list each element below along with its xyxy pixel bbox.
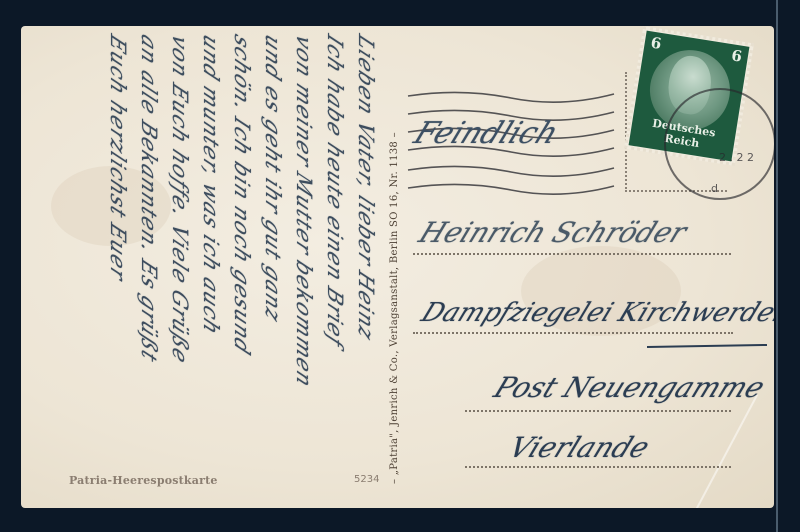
stamp-denomination: 6 (730, 46, 743, 65)
address-line (465, 410, 731, 412)
message-line: Ich habe heute einen Brief (319, 29, 350, 493)
message-line: und es geht ihr gut ganz (257, 29, 288, 493)
sleeve-edge (776, 0, 778, 532)
recipient-post-office: Post Neuengamme (489, 371, 769, 404)
address-line (413, 332, 733, 334)
message-line: Euch herzlichst Euer (102, 29, 133, 493)
message-line: schön. Ich bin noch gesund (226, 29, 257, 493)
stamp-denomination: 6 (650, 33, 663, 52)
recipient-name: Heinrich Schröder (414, 216, 691, 249)
recipient-region: Vierlande (504, 431, 654, 464)
underline-stroke (647, 344, 767, 348)
message-line: von meiner Mutter bekommen (288, 29, 319, 493)
publisher-imprint: – „Patria", Jenrich & Co., Verlagsanstal… (389, 74, 400, 484)
card-type-label: Patria-Heerespostkarte (69, 474, 218, 487)
address-line (465, 466, 731, 468)
card-number: 5234 (354, 474, 379, 485)
message-line: Lieben Vater, lieber Heinz (350, 29, 381, 493)
recipient-unit: Dampfziegelei Kirchwerder (417, 298, 774, 328)
postmark-date: 2 . 2 2 (719, 151, 754, 164)
message-line: an alle Bekannten. Es grüßt (133, 29, 164, 493)
postmark-circle-icon (664, 88, 774, 200)
postmark-code: d (711, 182, 718, 195)
message-line: von Euch hoffe. Viele Grüße (164, 29, 195, 493)
message-line: und munter, was ich auch (195, 29, 226, 493)
address-line (413, 253, 731, 255)
postcard: Lieben Vater, lieber Heinz Ich habe heut… (21, 26, 774, 508)
message-area: Lieben Vater, lieber Heinz Ich habe heut… (21, 26, 381, 508)
message-text: Lieben Vater, lieber Heinz Ich habe heut… (36, 36, 381, 486)
salutation: Feindlich (409, 116, 564, 151)
